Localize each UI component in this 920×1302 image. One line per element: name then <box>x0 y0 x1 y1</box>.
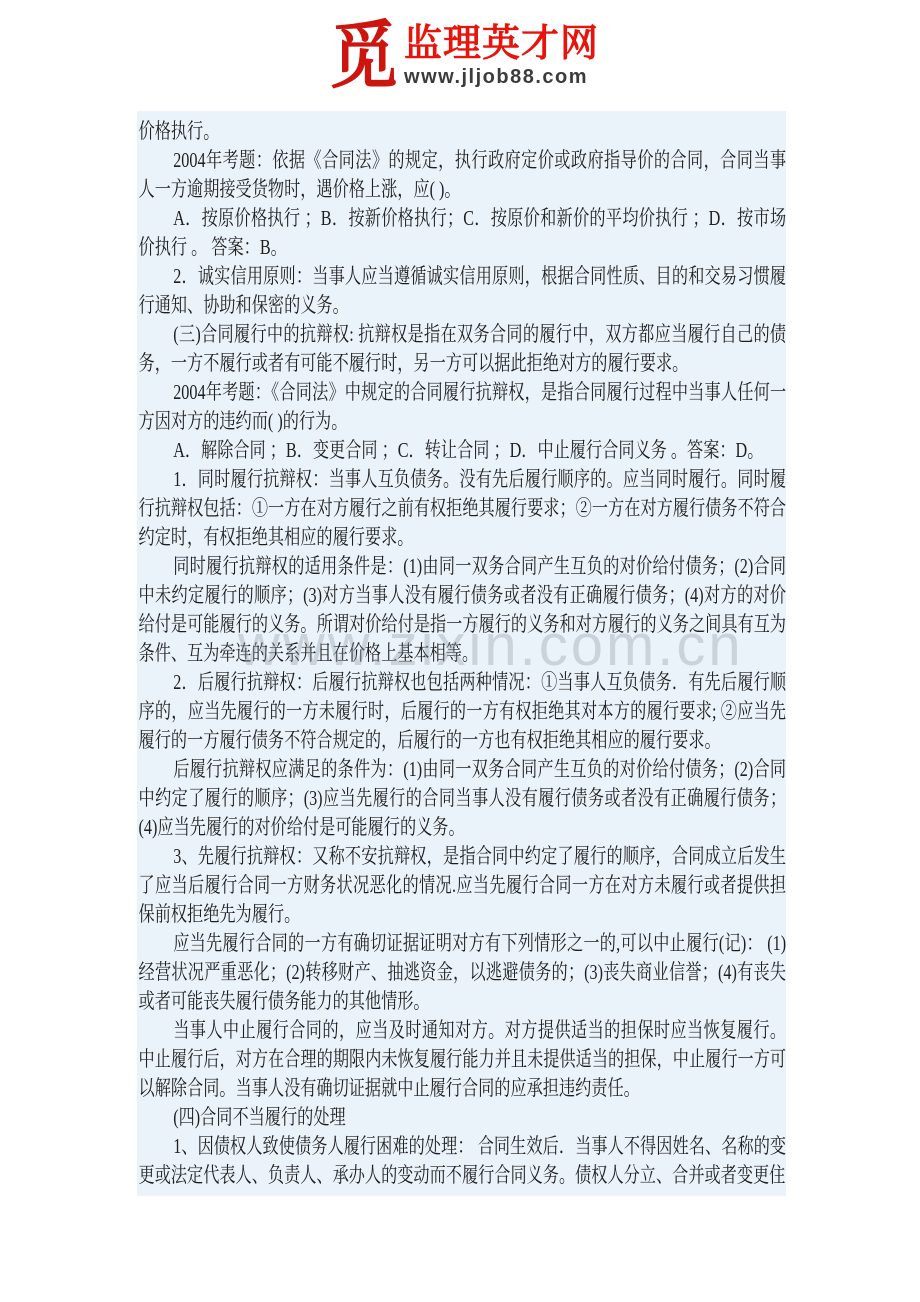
paragraph: 同时履行抗辩权的适用条件是：(1)由同一双务合同产生互负的对价给付债务；(2)合… <box>139 552 787 668</box>
logo-text-block: 监理英才网 www.jljob88.com <box>404 23 599 89</box>
paragraph: A．解除合同 ；B．变更合同 ；C．转让合同 ；D．中止履行合同义务 。答案：D… <box>139 436 787 465</box>
document-body-panel: 价格执行。 2004年考题：依据《合同法》的规定，执行政府定价或政府指导价的合同… <box>137 111 786 1196</box>
paragraph: 后履行抗辩权应满足的条件为：(1)由同一双务合同产生互负的对价给付债务；(2)合… <box>139 755 787 842</box>
logo-seal-icon: 觅 <box>330 19 398 92</box>
document-page: { "page": { "background": "#ffffff", "pa… <box>0 0 920 1302</box>
paragraph: A．按原价格执行 ；B．按新价格执行；C．按原价和新价的平均价执行 ；D．按市场… <box>139 204 787 262</box>
paragraph: 应当先履行合同的一方有确切证据证明对方有下列情形之一的,可以中止履行(记)： (… <box>139 929 787 1016</box>
paragraph: 2004年考题：《合同法》中规定的合同履行抗辩权，是指合同履行过程中当事人任何一… <box>139 378 787 436</box>
document-text-block: 价格执行。 2004年考题：依据《合同法》的规定，执行政府定价或政府指导价的合同… <box>137 111 786 1196</box>
paragraph: 1．同时履行抗辩权：当事人互负债务。没有先后履行顺序的。应当同时履行。同时履行抗… <box>139 465 787 552</box>
paragraph: 1、因债权人致使债务人履行困难的处理： 合同生效后．当事人不得因姓名、名称的变更… <box>139 1132 787 1190</box>
paragraph: 当事人中止履行合同的，应当及时通知对方。对方提供适当的担保时应当恢复履行。中止履… <box>139 1016 787 1103</box>
paragraph: 2．诚实信用原则：当事人应当遵循诚实信用原则，根据合同性质、目的和交易习惯履行通… <box>139 262 787 320</box>
logo-url-text: www.jljob88.com <box>404 65 588 89</box>
paragraph: 2．后履行抗辩权：后履行抗辩权也包括两种情况：①当事人互负债务．有先后履行顺序的… <box>139 668 787 755</box>
paragraph: 价格执行。 <box>139 117 787 146</box>
paragraph: 3、先履行抗辩权：又称不安抗辩权，是指合同中约定了履行的顺序，合同成立后发生了应… <box>139 842 787 929</box>
paragraph: (四)合同不当履行的处理 <box>139 1103 787 1132</box>
paragraph: (三)合同履行中的抗辩权: 抗辩权是指在双务合同的履行中，双方都应当履行自己的债… <box>139 320 787 378</box>
paragraph: 2004年考题：依据《合同法》的规定，执行政府定价或政府指导价的合同，合同当事人… <box>139 146 787 204</box>
site-logo: 觅 监理英才网 www.jljob88.com <box>330 22 599 90</box>
logo-brand-text: 监理英才网 <box>404 23 599 65</box>
